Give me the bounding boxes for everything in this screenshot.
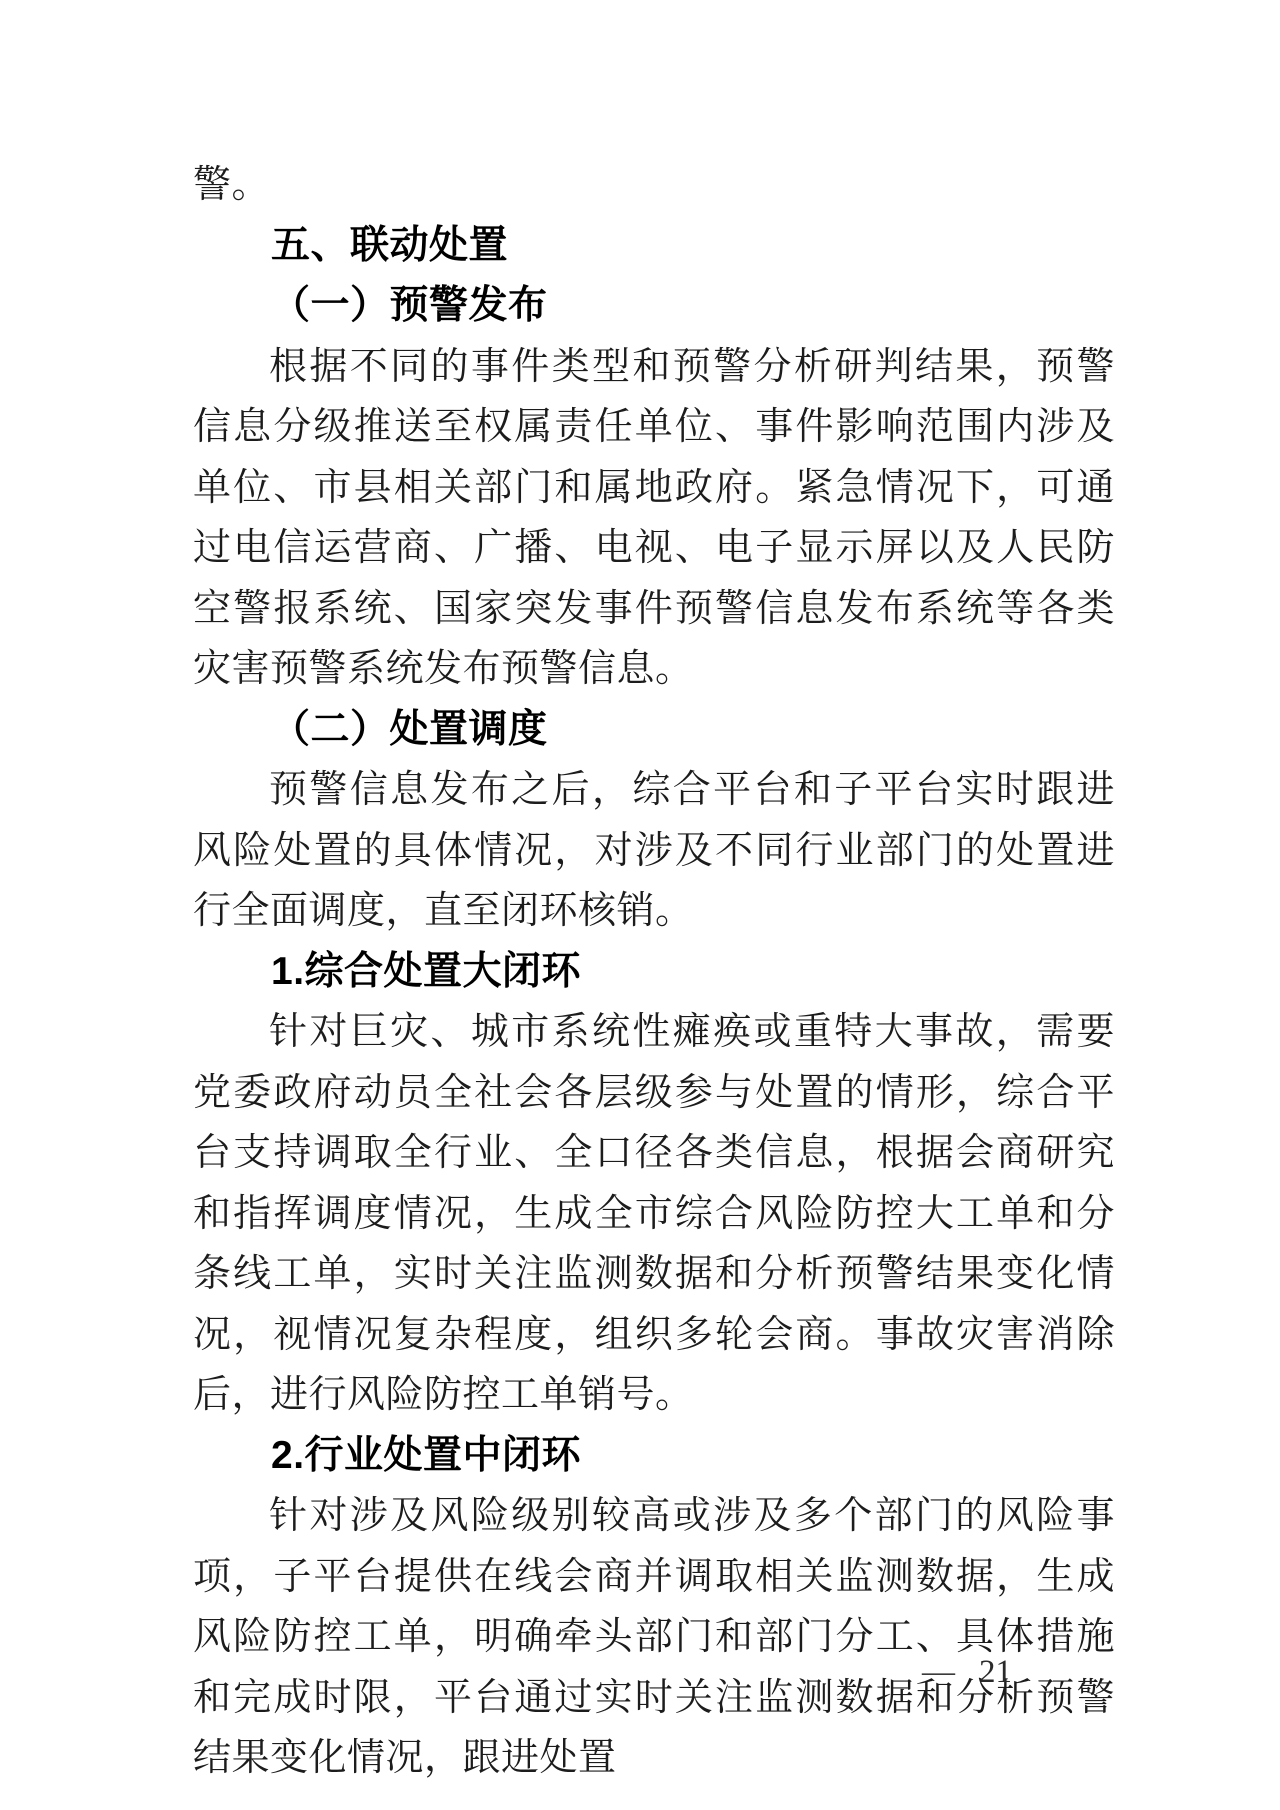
chapter-heading: 五、联动处置 (193, 216, 1115, 277)
document-page: 警。 五、联动处置 （一）预警发布 根据不同的事件类型和预警分析研判结果，预警信… (0, 0, 1280, 1810)
section-2-heading: （二）处置调度 (193, 700, 1115, 761)
subsection-2-paragraph: 针对涉及风险级别较高或涉及多个部门的风险事项，子平台提供在线会商并调取相关监测数… (193, 1486, 1115, 1789)
section-2-paragraph: 预警信息发布之后，综合平台和子平台实时跟进风险处置的具体情况，对涉及不同行业部门… (193, 760, 1115, 942)
page-number: 21 (979, 1654, 1012, 1690)
subsection-2-heading: 2.行业处置中闭环 (193, 1426, 1115, 1487)
footer-dash: — (922, 1652, 955, 1692)
document-content: 警。 五、联动处置 （一）预警发布 根据不同的事件类型和预警分析研判结果，预警信… (193, 155, 1115, 1789)
section-1-paragraph: 根据不同的事件类型和预警分析研判结果，预警信息分级推送至权属责任单位、事件影响范… (193, 337, 1115, 700)
subsection-1-heading: 1.综合处置大闭环 (193, 942, 1115, 1003)
page-footer: —21 (922, 1652, 1012, 1692)
subsection-1-paragraph: 针对巨灾、城市系统性瘫痪或重特大事故，需要党委政府动员全社会各层级参与处置的情形… (193, 1002, 1115, 1426)
section-1-heading: （一）预警发布 (193, 276, 1115, 337)
paragraph-continuation-from-previous-page: 警。 (193, 155, 1115, 216)
